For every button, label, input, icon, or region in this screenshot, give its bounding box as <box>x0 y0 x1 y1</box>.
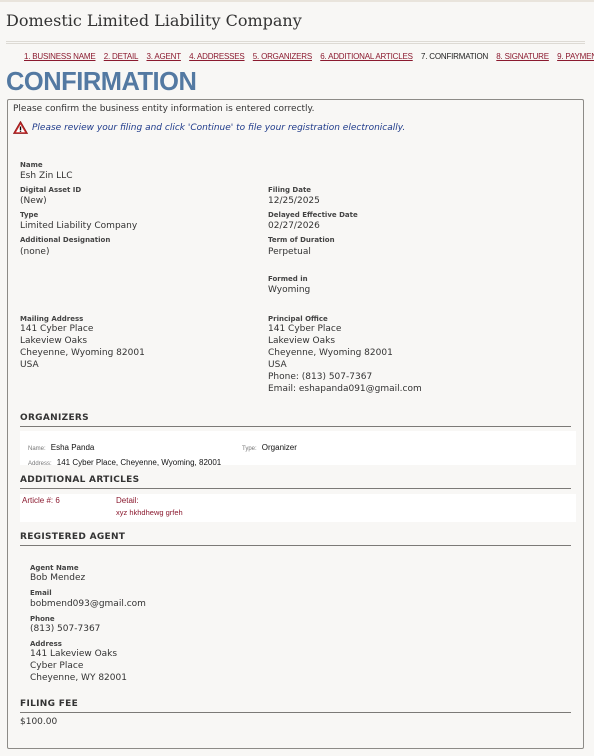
mailing-line: USA <box>20 359 145 371</box>
delayed-date-value: 02/27/2026 <box>268 220 320 232</box>
step-confirmation-current: 7. CONFIRMATION <box>421 52 488 61</box>
name-label: Name <box>20 161 43 169</box>
agent-email: bobmend093@gmail.com <box>30 598 146 610</box>
organizer-type: Organizer <box>262 443 297 452</box>
mailing-line: 141 Cyber Place <box>20 323 145 335</box>
step-agent[interactable]: 3. AGENT <box>146 52 180 61</box>
agent-email-label: Email <box>30 589 52 597</box>
name-value: Esh Zin LLC <box>20 170 72 182</box>
step-addresses[interactable]: 4. ADDRESSES <box>189 52 244 61</box>
filing-fee-amount: $100.00 <box>20 716 57 728</box>
agent-name-label: Agent Name <box>30 564 79 572</box>
filing-date-value: 12/25/2025 <box>268 195 320 207</box>
organizer-card: Name: Esha Panda Type: Organizer Address… <box>20 431 576 465</box>
agent-phone: (813) 507-7367 <box>30 623 100 635</box>
additional-articles-heading: ADDITIONAL ARTICLES <box>20 475 571 489</box>
formed-value: Wyoming <box>268 284 310 296</box>
intro-text: Please confirm the business entity infor… <box>13 104 314 114</box>
term-value: Perpetual <box>268 246 311 258</box>
top-border <box>0 0 594 2</box>
wizard-steps: 1. BUSINESS NAME 2. DETAIL 3. AGENT 4. A… <box>24 52 594 61</box>
article-card: Article #: 6 Detail: xyz hkhdhewg grfeh <box>20 494 576 522</box>
article-detail-label: Detail: <box>116 496 139 505</box>
designation-label: Additional Designation <box>20 236 110 244</box>
term-label: Term of Duration <box>268 236 335 244</box>
warning-message: Please review your filing and click 'Con… <box>13 121 405 134</box>
principal-line: USA <box>268 359 422 371</box>
step-signature[interactable]: 8. SIGNATURE <box>496 52 549 61</box>
mailing-address: 141 Cyber Place Lakeview Oaks Cheyenne, … <box>20 323 145 371</box>
agent-address-label: Address <box>30 640 62 648</box>
warning-text: Please review your filing and click 'Con… <box>32 123 405 133</box>
asset-id-label: Digital Asset ID <box>20 186 81 194</box>
agent-address: 141 Lakeview Oaks Cyber Place Cheyenne, … <box>30 648 127 684</box>
principal-line: Cheyenne, Wyoming 82001 <box>268 347 422 359</box>
agent-address-line: 141 Lakeview Oaks <box>30 648 127 660</box>
agent-address-line: Cyber Place <box>30 660 127 672</box>
step-business-name[interactable]: 1. BUSINESS NAME <box>24 52 96 61</box>
agent-name: Bob Mendez <box>30 572 85 584</box>
formed-label: Formed in <box>268 275 308 283</box>
mailing-address-label: Mailing Address <box>20 315 83 323</box>
principal-line: 141 Cyber Place <box>268 323 422 335</box>
type-label: Type <box>20 211 38 219</box>
principal-office-label: Principal Office <box>268 315 328 323</box>
organizer-address-row: Address: 141 Cyber Place, Cheyenne, Wyom… <box>28 450 221 469</box>
article-number: Article #: 6 <box>22 496 60 505</box>
organizer-address-label: Address: <box>28 461 52 467</box>
article-detail: xyz hkhdhewg grfeh <box>116 508 183 517</box>
step-payment[interactable]: 9. PAYMENT <box>557 52 594 61</box>
step-detail[interactable]: 2. DETAIL <box>104 52 139 61</box>
mailing-line: Cheyenne, Wyoming 82001 <box>20 347 145 359</box>
principal-office-address: 141 Cyber Place Lakeview Oaks Cheyenne, … <box>268 323 422 395</box>
agent-phone-label: Phone <box>30 615 55 623</box>
step-additional-articles[interactable]: 6. ADDITIONAL ARTICLES <box>320 52 413 61</box>
organizers-heading: ORGANIZERS <box>20 413 571 427</box>
asset-id-value: (New) <box>20 195 47 207</box>
delayed-date-label: Delayed Effective Date <box>268 211 358 219</box>
designation-value: (none) <box>20 246 49 258</box>
agent-address-line: Cheyenne, WY 82001 <box>30 672 127 684</box>
filing-fee-heading: FILING FEE <box>20 699 571 713</box>
filing-date-label: Filing Date <box>268 186 311 194</box>
warning-triangle-icon <box>13 121 28 134</box>
mailing-line: Lakeview Oaks <box>20 335 145 347</box>
type-value: Limited Liability Company <box>20 220 137 232</box>
principal-email: Email: eshapanda091@gmail.com <box>268 383 422 395</box>
principal-line: Lakeview Oaks <box>268 335 422 347</box>
page-title: CONFIRMATION <box>6 66 196 97</box>
principal-phone: Phone: (813) 507-7367 <box>268 371 422 383</box>
registered-agent-heading: REGISTERED AGENT <box>20 532 571 546</box>
step-organizers[interactable]: 5. ORGANIZERS <box>253 52 312 61</box>
title-divider <box>6 41 585 44</box>
organizer-address: 141 Cyber Place, Cheyenne, Wyoming, 8200… <box>57 458 221 467</box>
organizer-type-row: Type: Organizer <box>242 435 297 454</box>
organizer-type-label: Type: <box>242 446 257 452</box>
app-title: Domestic Limited Liability Company <box>6 11 302 30</box>
